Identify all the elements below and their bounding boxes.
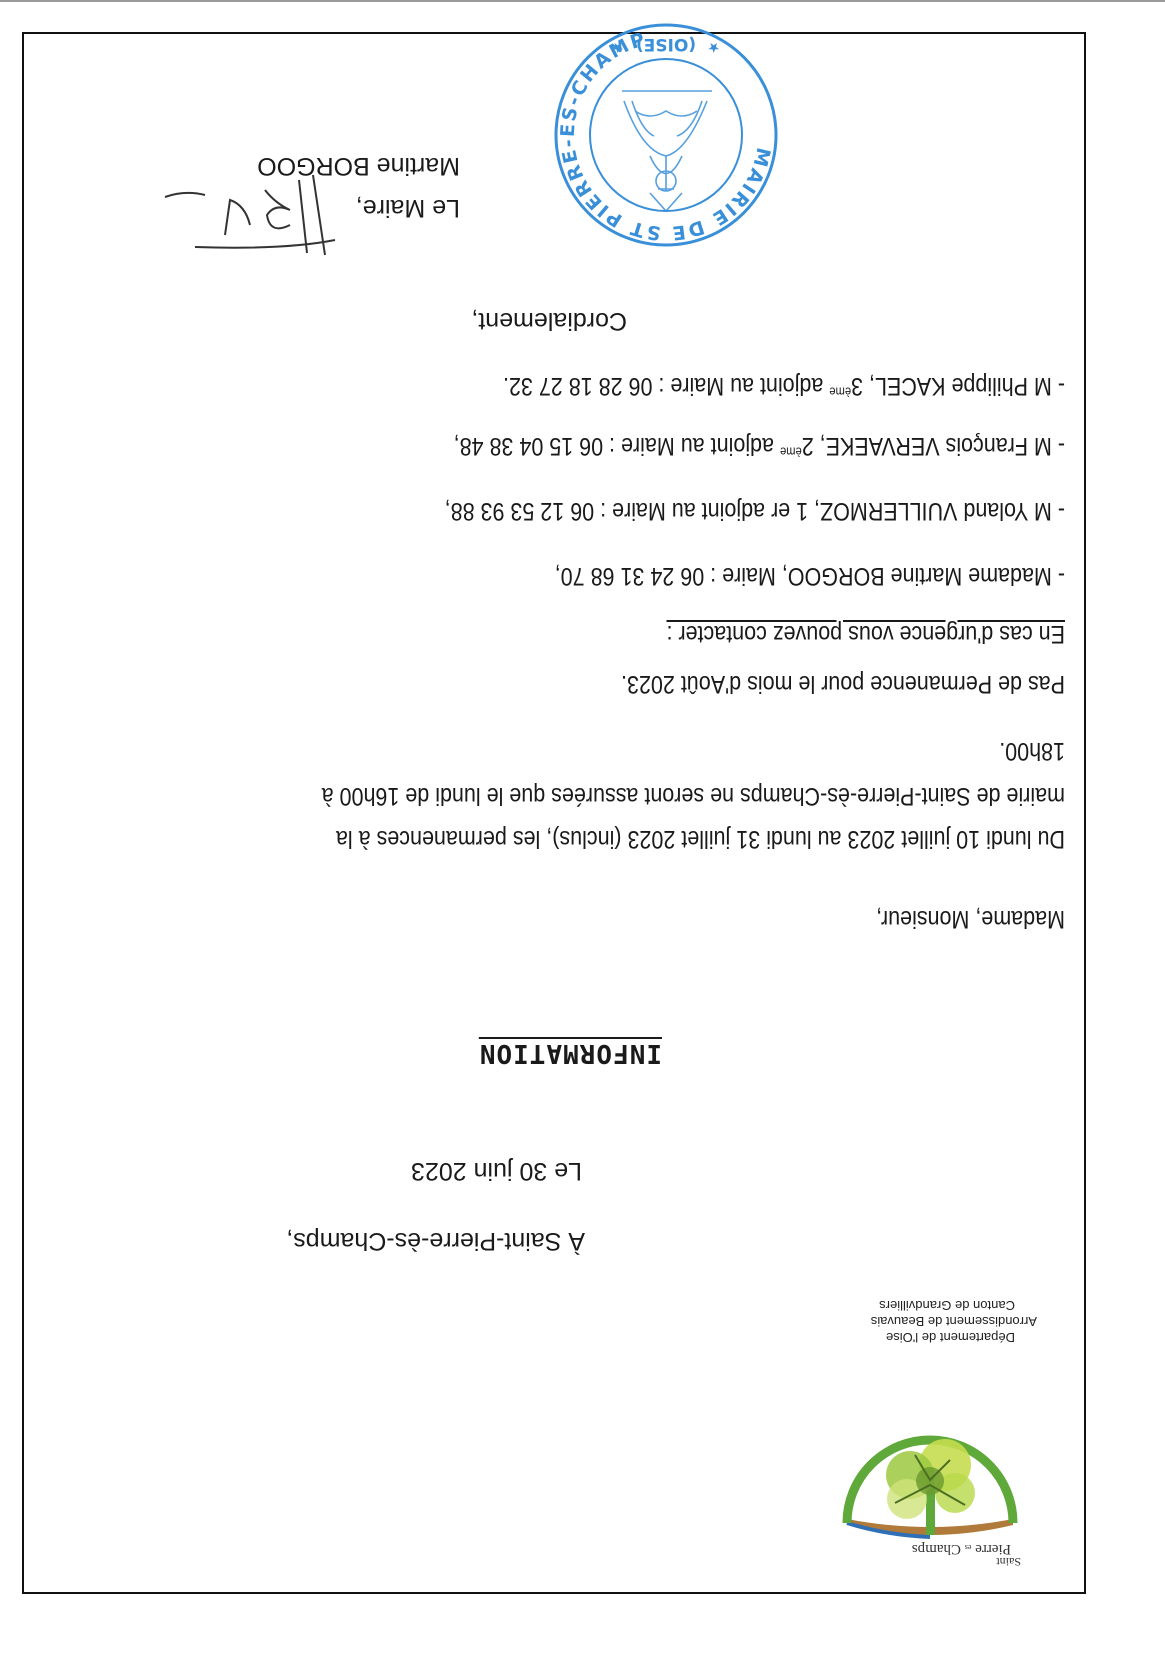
paragraph-line-2: mairie de Saint-Pierre-ès-Champs ne sero… — [322, 781, 1065, 810]
scan-edge-line — [0, 0, 1165, 2]
header-department: Département de l'Oise — [871, 1329, 1015, 1345]
contact-phone: 06 15 04 38 48 — [460, 432, 603, 460]
letter-place: À Saint-Pierre-ès-Champs, — [286, 1226, 585, 1255]
header-canton: Canton de Grandvilliers — [871, 1297, 1015, 1313]
scanned-letter-page: Saint Pierre es Champs Département de l'… — [0, 0, 1165, 1653]
signatory-title: Le Maire, — [356, 193, 460, 222]
no-permanence-notice: Pas de Permanence pour le mois d'Août 20… — [621, 669, 1065, 698]
contact-phone: 06 28 18 27 32 — [509, 372, 652, 400]
contact-item: - M Yoland VUILLERMOZ, 1 er adjoint au M… — [445, 496, 1065, 525]
contact-phone: 06 12 53 93 88 — [451, 497, 594, 525]
page-frame — [22, 32, 1086, 1594]
municipality-logo: Saint Pierre es Champs — [835, 1425, 1025, 1565]
handwritten-signature-icon — [155, 170, 345, 265]
header-arrondissement: Arrondissement de Beauvais — [871, 1313, 1037, 1329]
logo-text-pierre: Pierre es Champs — [912, 1540, 1011, 1557]
paragraph-line-3: 18h00. — [999, 736, 1065, 765]
svg-text:(OISE): (OISE) — [636, 34, 696, 54]
emergency-heading: En cas d'urgence vous pouvez contacter : — [666, 619, 1065, 648]
letter-date: Le 30 juin 2023 — [411, 1156, 582, 1185]
closing: Cordialement, — [471, 306, 627, 335]
contact-item: - M François VERVAEKE, 2ème adjoint au M… — [454, 431, 1065, 460]
official-mairie-stamp-icon: MAIRIE DE ST PIERRE-ES-CHAMP (OISE) ★ ★ — [550, 19, 782, 251]
signature — [155, 170, 345, 265]
contact-item: - Madame Martine BORGOO, Maire : 06 24 3… — [555, 561, 1065, 590]
document-title: INFORMATION — [479, 1038, 662, 1068]
svg-text:★: ★ — [707, 40, 720, 56]
official-stamp: MAIRIE DE ST PIERRE-ES-CHAMP (OISE) ★ ★ — [550, 19, 782, 251]
administrative-header: Département de l'Oise Arrondissement de … — [871, 1297, 1015, 1345]
contact-phone: 06 24 31 68 70 — [561, 562, 704, 590]
paragraph-line-1: Du lundi 10 juillet 2023 au lundi 31 jui… — [336, 824, 1065, 853]
svg-text:★: ★ — [611, 40, 624, 56]
contact-item: - M Philippe KACEL, 3ème adjoint au Mair… — [503, 371, 1065, 400]
salutation: Madame, Monsieur, — [876, 904, 1065, 933]
